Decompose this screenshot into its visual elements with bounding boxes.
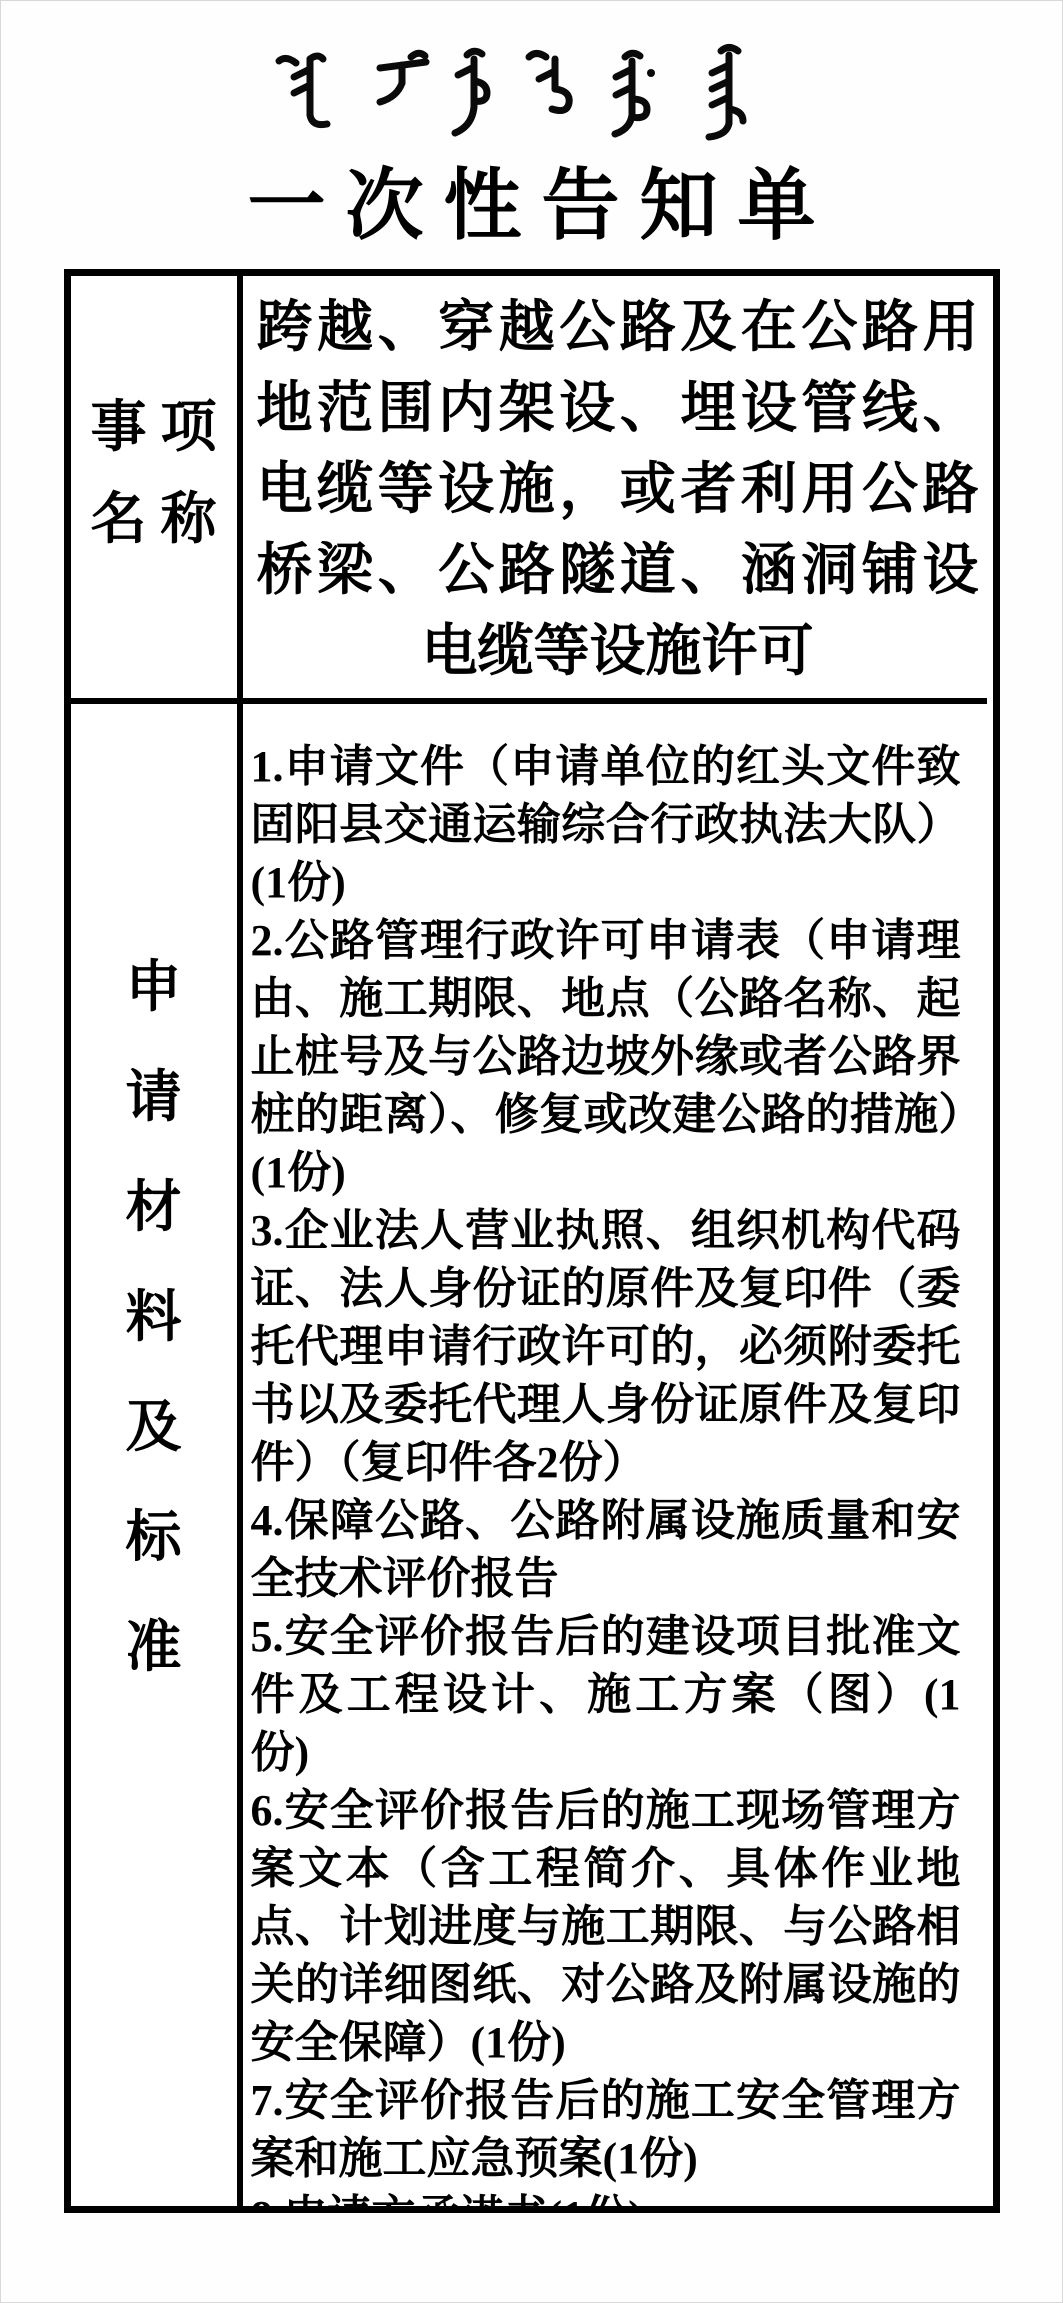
mongolian-word xyxy=(279,56,327,125)
mongolian-word xyxy=(615,53,655,134)
page-title: 一次性告知单 xyxy=(1,167,1062,245)
material-item: 3.企业法人营业执照、组织机构代码证、法人身份证的原件及复印件（委托代理申请行政… xyxy=(251,1202,961,1492)
vertical-label-char: 请 xyxy=(126,1070,182,1126)
item-name-label-cell: 事项名称 xyxy=(71,276,243,704)
material-item: 4.保障公路、公路附属设施质量和安全技术评价报告 xyxy=(251,1492,961,1608)
one-time-notice-sheet: 一次性告知单 事项名称 跨越、穿越公路及在公路用地范围内架设、埋设管线、电缆等设… xyxy=(0,0,1063,2303)
material-item: 8.申请方承诺书(1份) xyxy=(251,2188,961,2206)
mongolian-word xyxy=(455,51,487,133)
vertical-label-char: 标 xyxy=(126,1510,182,1566)
vertical-label-char: 及 xyxy=(126,1400,182,1456)
material-item: 1.申请文件（申请单位的红头文件致固阳县交通运输综合行政执法大队）(1份) xyxy=(251,738,961,912)
item-name-label: 事项名称 xyxy=(91,382,217,566)
material-item: 6.安全评价报告后的施工现场管理方案文本（含工程简介、具体作业地点、计划进度与施… xyxy=(251,1782,961,2072)
mongolian-word xyxy=(709,48,743,138)
material-item: 7.安全评价报告后的施工安全管理方案和施工应急预案(1份) xyxy=(251,2072,961,2188)
notice-table: 事项名称 跨越、穿越公路及在公路用地范围内架设、埋设管线、电缆等设施，或者利用公… xyxy=(64,269,1000,2213)
vertical-label-char: 材 xyxy=(126,1180,182,1236)
vertical-label-char: 申 xyxy=(126,960,182,1016)
material-item: 5.安全评价报告后的建设项目批准文件及工程设计、施工方案（图）(1份) xyxy=(251,1608,961,1782)
mongolian-script-svg xyxy=(274,31,789,143)
mongolian-script-title xyxy=(274,31,789,143)
materials-list: 1.申请文件（申请单位的红头文件致固阳县交通运输综合行政执法大队）(1份)2.公… xyxy=(243,704,987,2206)
mongolian-word xyxy=(380,53,426,102)
materials-label: 申请材料及标准 xyxy=(71,704,237,1676)
vertical-label-char: 准 xyxy=(126,1620,182,1676)
mongolian-word xyxy=(529,54,569,111)
material-item: 2.公路管理行政许可申请表（申请理由、施工期限、地点（公路名称、起止桩号及与公路… xyxy=(251,912,961,1202)
item-name-value: 跨越、穿越公路及在公路用地范围内架设、埋设管线、电缆等设施，或者利用公路桥梁、公… xyxy=(243,276,987,704)
vertical-label-char: 料 xyxy=(126,1290,182,1346)
materials-label-cell: 申请材料及标准 xyxy=(71,704,243,2206)
